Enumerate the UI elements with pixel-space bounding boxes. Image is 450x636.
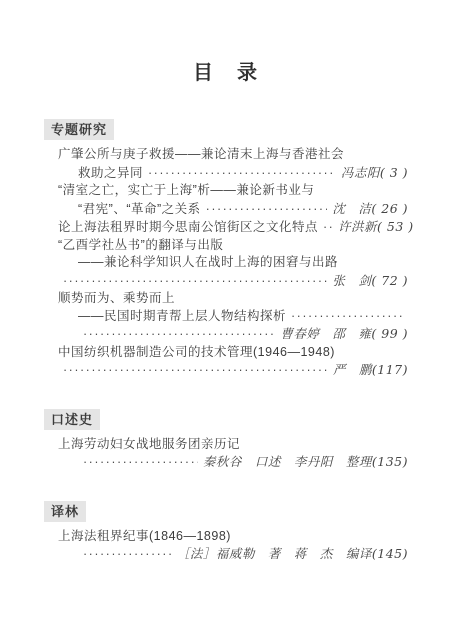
entry-line: 中国纺织机器制造公司的技术管理(1946—1948) [44,344,408,362]
page-number: ( 72 ) [371,272,408,290]
page-title: 目 录 [44,56,408,85]
toc-section: 口述史上海劳动妇女战地服务团亲历记·······················… [44,409,408,472]
toc-entry: 论上海法租界时期今思南公馆街区之文化特点····················… [44,218,408,237]
leader-dots: ········································… [148,165,336,183]
section-badge: 专题研究 [44,119,114,140]
author-name: 许洪新 [338,218,377,236]
section-badge: 译林 [44,501,86,522]
entry-line: ········································… [44,325,408,344]
entry-line: “乙酉学社丛书”的翻译与出版 [44,237,408,255]
page-number: (117) [372,361,408,379]
section-badge-row: 译林 [44,501,408,522]
entry-line: “清室之亡，实亡于上海”析——兼论新书业与 [44,182,408,200]
author-name: 曹春婷 邵 雍 [280,325,371,343]
author-name: 张 剑 [332,272,371,290]
author-name: 严 鹏 [333,361,372,379]
toc-entry: 顺势而为、乘势而上——民国时期青帮上层人物结构探析···············… [44,290,408,344]
section-badge-row: 口述史 [44,409,408,430]
entry-line: ········································… [44,272,408,291]
page-number: ( 26 ) [371,200,408,218]
toc-section: 译林上海法租界纪事(1846—1898)····················… [44,501,408,564]
entry-text: ——兼论科学知识人在战时上海的困窘与出路 [78,255,338,269]
author-name: ［法］福威勒 著 蒋 杰 编译 [177,545,372,563]
entry-text: 上海法租界纪事(1846—1898) [58,529,231,543]
page-number: ( 3 ) [380,164,408,182]
toc-entry: “清室之亡，实亡于上海”析——兼论新书业与“君宪”、“革命”之关系·······… [44,182,408,218]
toc-entry: 广肇公所与庚子救援——兼论清末上海与香港社会救助之异同·············… [44,146,408,182]
entry-line: ——民国时期青帮上层人物结构探析························… [44,308,408,326]
entry-text: 救助之异同 [78,165,143,183]
author-name: 秦秋谷 口述 李丹阳 整理 [203,453,372,471]
leader-dots: ········································… [63,362,328,380]
entry-line: 顺势而为、乘势而上 [44,290,408,308]
entry-line: 广肇公所与庚子救援——兼论清末上海与香港社会 [44,146,408,164]
leader-dots: ········································… [83,454,198,472]
entry-line: ——兼论科学知识人在战时上海的困窘与出路 [44,254,408,272]
entry-line: ········································… [44,361,408,380]
entry-text: 顺势而为、乘势而上 [58,291,175,305]
page-number: ( 53 ) [377,218,414,236]
entry-line: 救助之异同···································… [44,164,408,183]
leader-dots: ········································… [63,273,327,291]
page-number: (135) [372,453,408,471]
entry-text: 上海劳动妇女战地服务团亲历记 [58,437,240,451]
leader-dots: ········································… [83,326,275,344]
entry-text: “君宪”、“革命”之关系 [78,201,201,219]
entry-text: “清室之亡，实亡于上海”析——兼论新书业与 [58,183,314,197]
section-entries: 广肇公所与庚子救援——兼论清末上海与香港社会救助之异同·············… [44,146,408,380]
entry-text: 中国纺织机器制造公司的技术管理(1946—1948) [58,345,335,359]
entry-line: 论上海法租界时期今思南公馆街区之文化特点····················… [44,218,408,237]
entry-line: ········································… [44,545,408,564]
entry-text: 论上海法租界时期今思南公馆街区之文化特点 [58,219,318,237]
leader-dots: ········································… [206,201,328,219]
entry-line: 上海劳动妇女战地服务团亲历记 [44,436,408,454]
leader-dots: ········································… [83,546,172,564]
section-badge: 口述史 [44,409,100,430]
leader-dots: ········································… [323,219,333,237]
section-badge-row: 专题研究 [44,119,408,140]
entry-text: 广肇公所与庚子救援——兼论清末上海与香港社会 [58,147,344,161]
author-name: 冯志阳 [341,164,380,182]
toc-sections: 专题研究广肇公所与庚子救援——兼论清末上海与香港社会救助之异同·········… [44,119,408,564]
entry-text: ——民国时期青帮上层人物结构探析 [78,308,286,326]
page-number: (145) [372,545,408,563]
entry-line: “君宪”、“革命”之关系····························… [44,200,408,219]
toc-entry: 中国纺织机器制造公司的技术管理(1946—1948)··············… [44,344,408,380]
section-entries: 上海劳动妇女战地服务团亲历记··························… [44,436,408,472]
toc-section: 专题研究广肇公所与庚子救援——兼论清末上海与香港社会救助之异同·········… [44,119,408,380]
leader-dots: ········································… [291,308,403,326]
toc-entry: 上海法租界纪事(1846—1898)······················… [44,528,408,564]
toc-entry: “乙酉学社丛书”的翻译与出版——兼论科学知识人在战时上海的困窘与出路······… [44,237,408,291]
section-entries: 上海法租界纪事(1846—1898)······················… [44,528,408,564]
author-name: 沈 洁 [332,200,371,218]
toc-page: 目 录 专题研究广肇公所与庚子救援——兼论清末上海与香港社会救助之异同·····… [0,0,450,636]
entry-text: “乙酉学社丛书”的翻译与出版 [58,238,223,252]
entry-line: ········································… [44,453,408,472]
toc-entry: 上海劳动妇女战地服务团亲历记··························… [44,436,408,472]
page-number: ( 99 ) [371,325,408,343]
entry-line: 上海法租界纪事(1846—1898) [44,528,408,546]
